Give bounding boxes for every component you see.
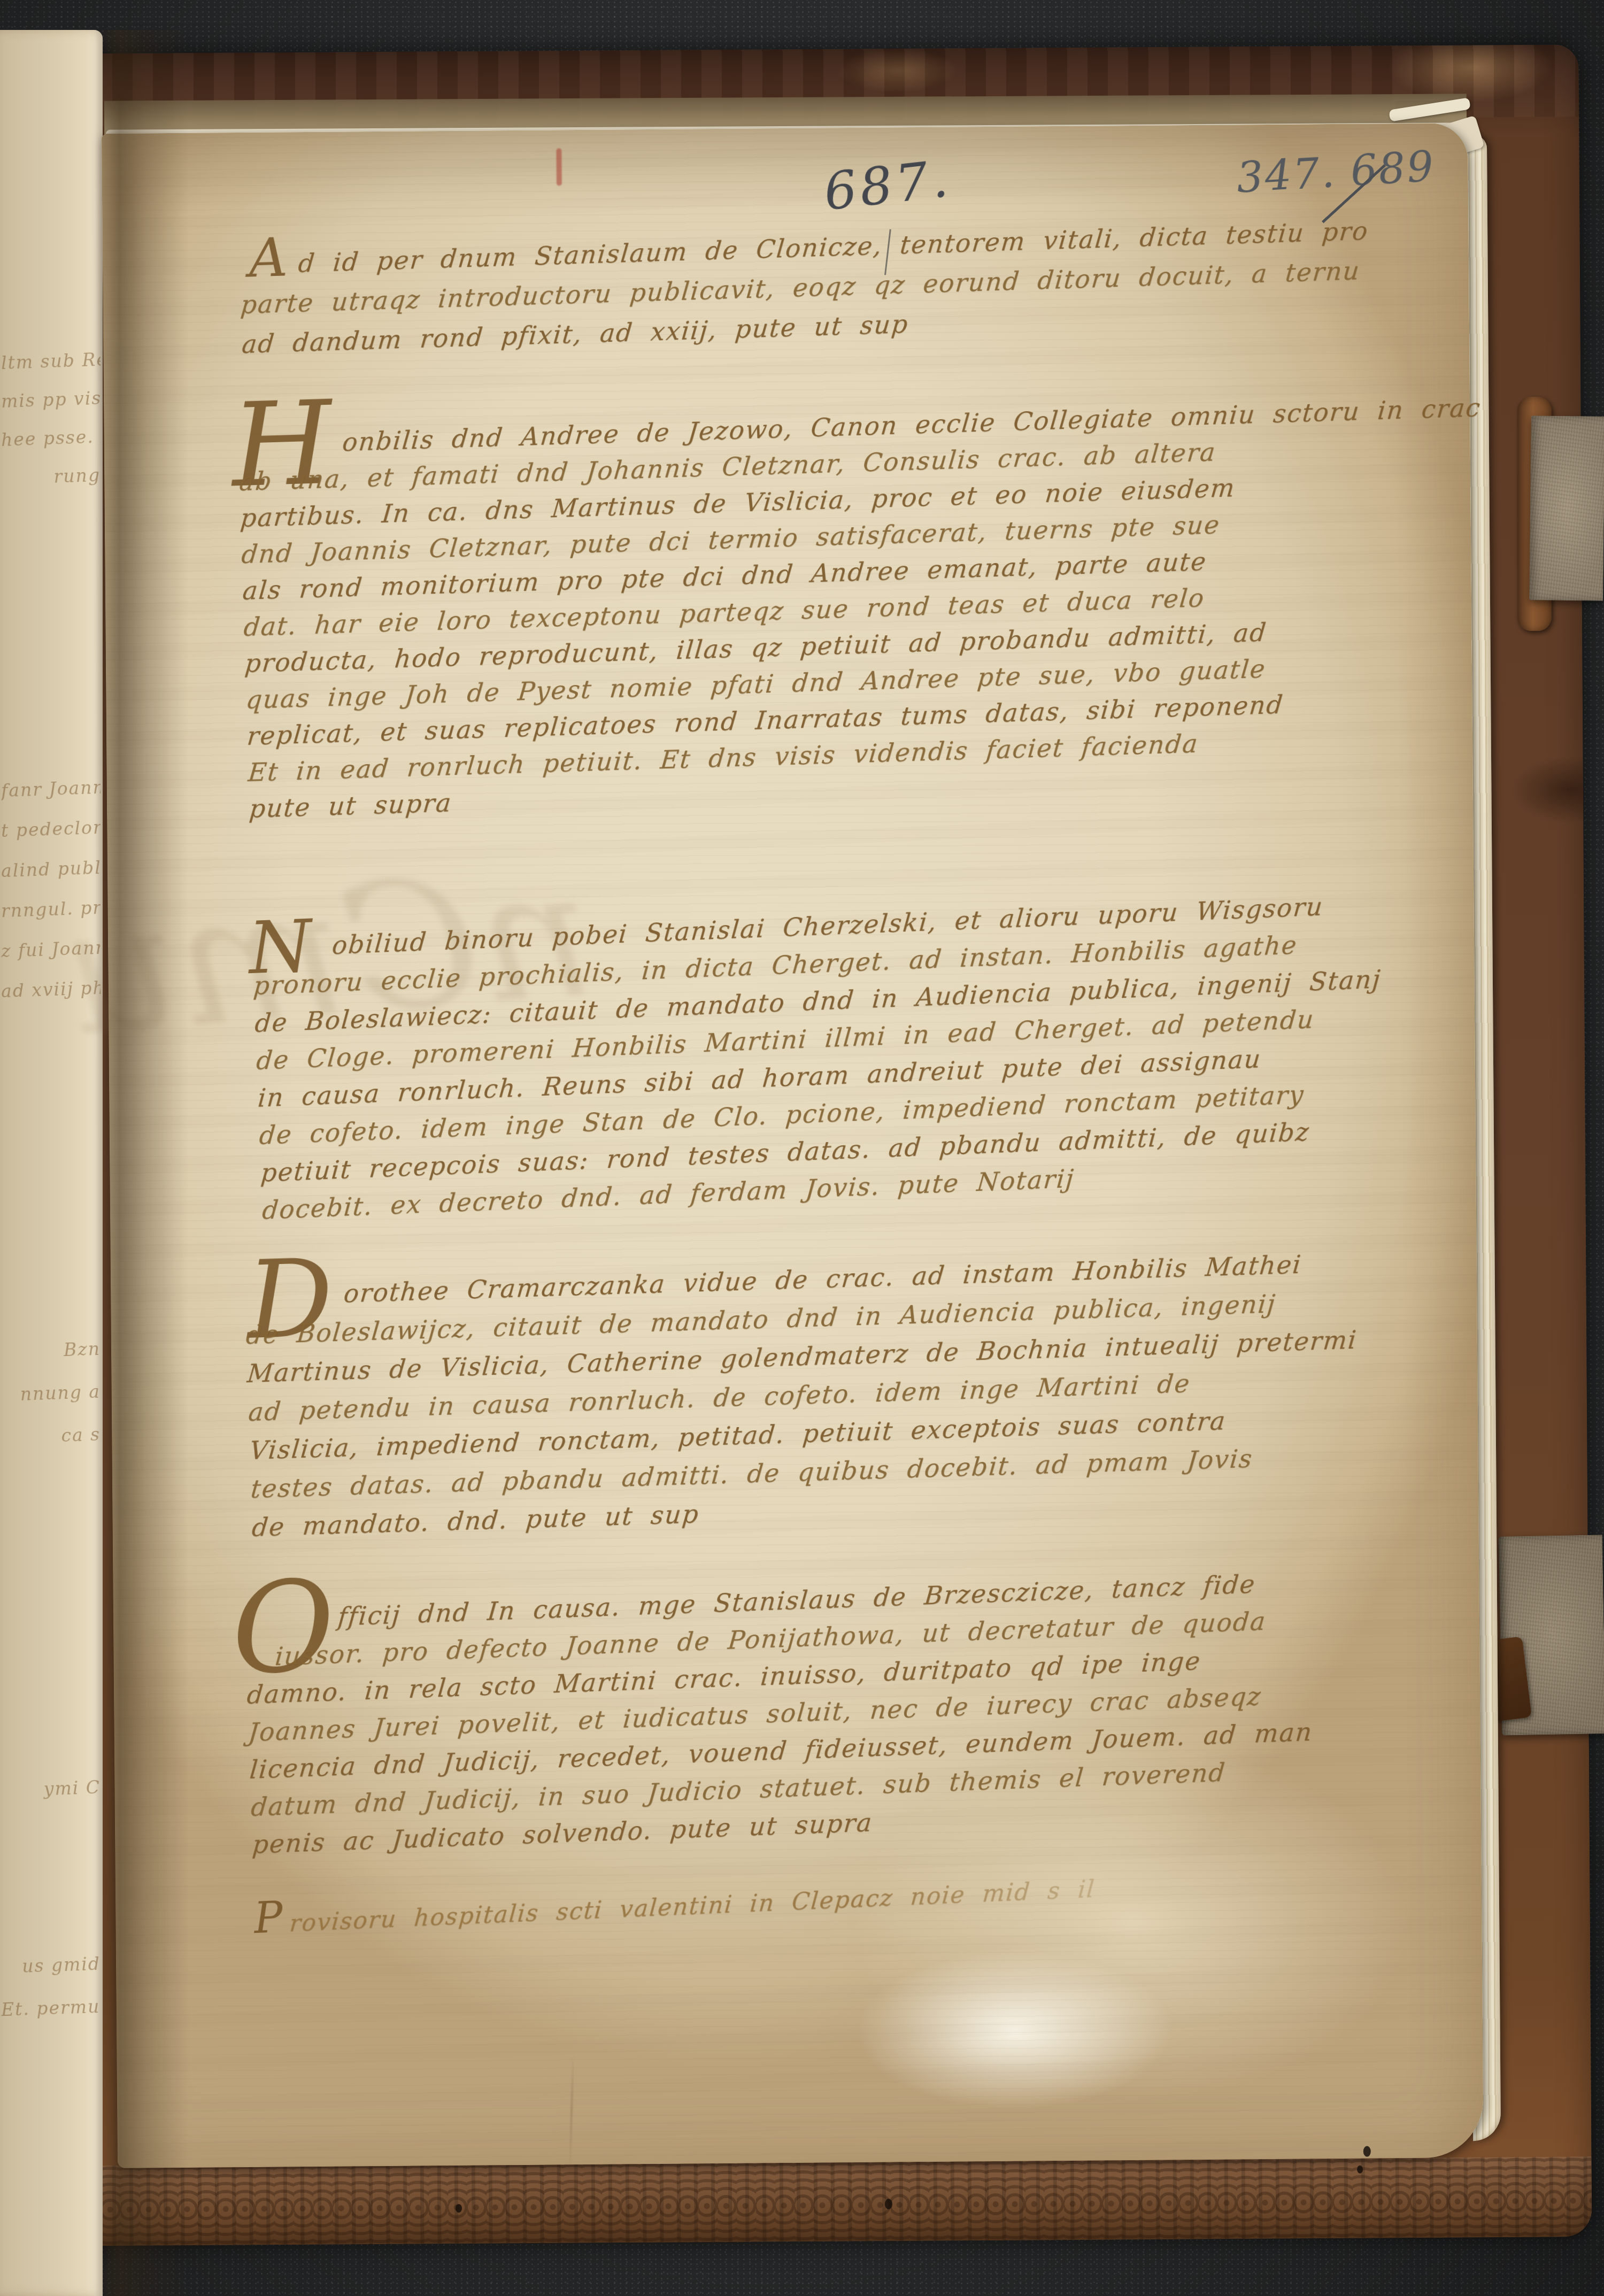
entry-4: D orothee Cramarczanka vidue de crac. ad… bbox=[244, 1241, 1487, 1547]
facing-verso-page: ltm sub Regmini et mis pp vislicia hee p… bbox=[0, 30, 103, 2296]
entry-3: N obiliud binoru pobei Stanislai Cherzel… bbox=[251, 882, 1497, 1229]
folio-number-ink: 687. bbox=[821, 149, 954, 222]
verso-text-fragment: mis pp vislicia bbox=[1, 388, 101, 412]
entry-1: A d id per dnum Stanislaum de Clonicze, … bbox=[239, 209, 1472, 365]
entry-6: P rovisoru hospitalis scti valentini in … bbox=[256, 1856, 1432, 1944]
verso-text-fragment: Et. permutatz bbox=[1, 1996, 101, 2020]
verso-text-fragment: us gmid bbox=[1, 1953, 101, 1977]
leather-strap-upper bbox=[1529, 415, 1604, 600]
entry-5: O fficij dnd In causa. mge Stanislaus de… bbox=[244, 1558, 1487, 1863]
verso-text-fragment: fanr Joannis grosse ss bbox=[1, 777, 101, 801]
worm-hole bbox=[1363, 2146, 1371, 2157]
entry-2: H onbilis dnd Andree de Jezowo, Canon ec… bbox=[237, 390, 1490, 828]
paper-crease bbox=[569, 2054, 574, 2163]
verso-text-fragment: t pedeclornnung bbox=[1, 817, 101, 841]
verso-text-fragment: ca s bbox=[1, 1424, 101, 1448]
worm-hole bbox=[885, 2199, 892, 2209]
verso-text-fragment: rung bbox=[1, 465, 101, 489]
verso-text-fragment: ymi C bbox=[1, 1777, 101, 1801]
worm-hole bbox=[456, 2204, 462, 2213]
verso-text-fragment: Bzn bbox=[1, 1338, 101, 1362]
manuscript-photograph: ltm sub Regmini et mis pp vislicia hee p… bbox=[0, 0, 1604, 2296]
verso-text-fragment: nnung a bbox=[1, 1381, 101, 1405]
folio-number-pencil: 347. 689 bbox=[1235, 143, 1436, 203]
manuscript-line: rovisoru hospitalis scti valentini in Cl… bbox=[255, 1856, 1433, 1944]
manuscript-recto-page: nCmu 687. 347. 689 A d id per dnum Stani… bbox=[102, 123, 1484, 2168]
verso-text-fragment: ltm sub Regmini et bbox=[1, 349, 101, 373]
verso-text-fragment: hee psse. Nicolao bbox=[1, 426, 101, 450]
worm-hole bbox=[1357, 2166, 1363, 2174]
red-pigment-mark bbox=[556, 148, 562, 186]
